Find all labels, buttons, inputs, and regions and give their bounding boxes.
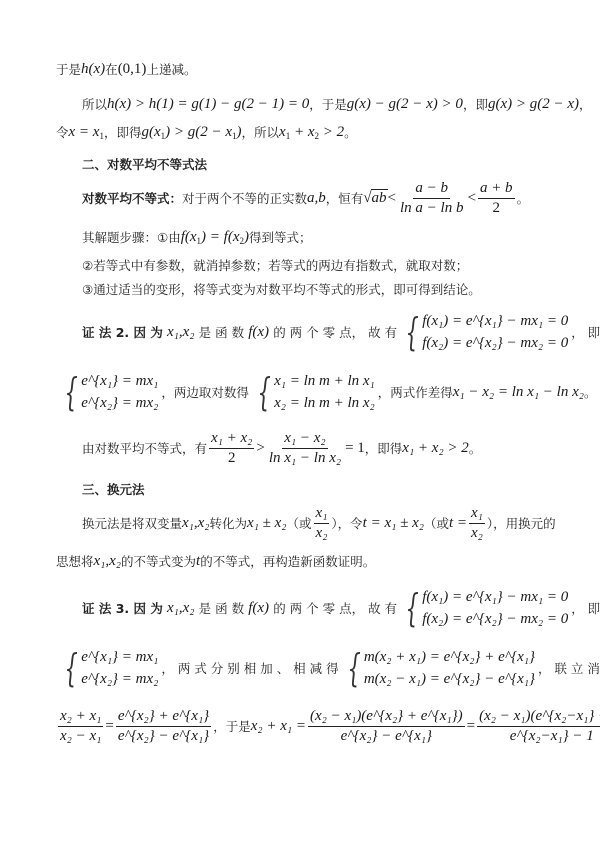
denominator: 2 bbox=[226, 449, 238, 467]
denominator: e^{x₂} − e^{x₁} bbox=[339, 727, 434, 745]
fraction: (x₂ − x₁)(e^{x₂−x₁} + 1)e^{x₂−x₁} − 1 bbox=[477, 708, 600, 745]
math: h(x) bbox=[81, 61, 105, 78]
equation-system: {x₁ = ln m + ln x₁x₂ = ln m + ln x₂ bbox=[252, 370, 375, 414]
definition-line: 对数平均不等式： 对于两个不等的正实数 a,b ，恒有 √ab < a − bl… bbox=[82, 180, 529, 216]
text: 的 两 个 零 点， 故 有 bbox=[273, 599, 397, 617]
heading-text: 二、对数平均不等式法 bbox=[82, 155, 207, 173]
proof-2-line-2: {e^{x₁} = mx₁e^{x₂} = mx₂ ，两边取对数得 {x₁ = … bbox=[56, 368, 596, 416]
math: g(x1) > g(2 − x1) bbox=[141, 124, 241, 141]
text: 对于两个不等的正实数 bbox=[182, 189, 307, 207]
system-row: x₁ = ln m + ln x₁ bbox=[274, 370, 375, 392]
system-row: f(x₁) = e^{x₁} − mx₁ = 0 bbox=[422, 310, 568, 332]
text: ，即 bbox=[463, 95, 488, 113]
step-3: ③通过适当的变形，将等式变为对数平均不等式的形式，即可得到结论。 bbox=[82, 280, 481, 298]
math: x₁,x₂ bbox=[182, 515, 210, 532]
proof-label: 证 法 3. 因 为 bbox=[82, 599, 163, 617]
math: t = x₁ ± x₂ bbox=[363, 515, 424, 532]
system-row: f(x₂) = e^{x₂} − mx₂ = 0 bbox=[422, 608, 568, 630]
operator: < bbox=[467, 190, 475, 207]
numerator: (x₂ − x₁)(e^{x₂} + e^{x₁}) bbox=[308, 708, 465, 727]
text-line-1: 于是 h(x) 在 (0,1) 上递减。 bbox=[56, 60, 196, 78]
text: 。 bbox=[517, 189, 530, 207]
text-line-2: 所以 h(x) > h(1) = g(1) − g(2 − 1) = 0 ，于是… bbox=[82, 95, 592, 113]
math: x1 + x2 > 2 bbox=[279, 124, 344, 141]
math-part: ) = f(x bbox=[201, 229, 239, 245]
left-brace: { bbox=[64, 373, 77, 411]
system-row: e^{x₁} = mx₁ bbox=[81, 646, 158, 668]
system-row: m(x₂ + x₁) = e^{x₂} + e^{x₁} bbox=[364, 646, 535, 668]
text: 转化为 bbox=[210, 514, 248, 532]
math: x₁ ± x₂ bbox=[247, 515, 286, 532]
math: g(x) > g(2 − x) bbox=[488, 96, 579, 113]
text: 于是 bbox=[56, 60, 81, 78]
left-brace: { bbox=[64, 649, 77, 687]
numerator: x₁ bbox=[314, 505, 330, 524]
denominator: e^{x₂−x₁} − 1 bbox=[508, 727, 596, 745]
text: 由对数平均不等式，有 bbox=[82, 439, 207, 457]
text: ，恒有 bbox=[326, 189, 364, 207]
substitution-line-1: 换元法是将双变量 x₁,x₂ 转化为 x₁ ± x₂ （或 x₁x₂ ），令 t… bbox=[82, 502, 556, 544]
system-row: f(x₁) = e^{x₁} − mx₁ = 0 bbox=[422, 586, 568, 608]
text: ，即得 bbox=[365, 439, 403, 457]
sqrt-argument: ab bbox=[371, 189, 388, 207]
text-line-3: 令 x = x1 ，即得 g(x1) > g(2 − x1) ，所以 x1 + … bbox=[56, 123, 357, 141]
text: 令 bbox=[56, 123, 69, 141]
denominator: x₂ bbox=[469, 524, 485, 542]
fraction: a − bln a − ln b bbox=[398, 180, 465, 217]
operator: = bbox=[105, 718, 113, 735]
equation-system: {m(x₂ + x₁) = e^{x₂} + e^{x₁}m(x₂ − x₁) … bbox=[342, 646, 535, 690]
numerator: (x₂ − x₁)(e^{x₂−x₁} + 1) bbox=[477, 708, 600, 727]
operator: < bbox=[388, 190, 396, 207]
text: 思想将 bbox=[56, 552, 94, 570]
text: ， 即 bbox=[571, 323, 600, 341]
left-brace: { bbox=[257, 373, 270, 411]
math-part: ) > g(2 − x bbox=[165, 124, 232, 140]
text: ，于是 bbox=[213, 717, 251, 735]
denominator: x₂ bbox=[314, 524, 330, 542]
denominator: ln a − ln b bbox=[398, 199, 465, 217]
left-brace: { bbox=[405, 313, 418, 351]
text: 。 bbox=[584, 383, 597, 401]
math: h(x) > h(1) = g(1) − g(2 − 1) = 0 bbox=[107, 96, 309, 113]
proof-2-line-1: 证 法 2. 因 为 x₁,x₂ 是 函 数 f(x) 的 两 个 零 点， 故… bbox=[82, 308, 600, 356]
text: 。 bbox=[344, 123, 357, 141]
math: a,b bbox=[307, 190, 326, 207]
text: ），令 bbox=[331, 514, 362, 532]
section-heading-3: 三、换元法 bbox=[82, 480, 145, 498]
proof-3-line-3: x₂ + x₁x₂ − x₁ = e^{x₂} + e^{x₁}e^{x₂} −… bbox=[56, 704, 600, 748]
denominator: ln x₁ − ln x₂ bbox=[267, 449, 343, 467]
denominator: x₂ − x₁ bbox=[58, 727, 103, 745]
text: 是 函 数 bbox=[199, 599, 244, 617]
substitution-line-2: 思想将 x₁,x₂ 的不等式变为 t 的不等式，再构造新函数证明。 bbox=[56, 552, 375, 570]
left-brace: { bbox=[347, 649, 360, 687]
text: ， bbox=[579, 95, 592, 113]
text: 在 bbox=[105, 60, 118, 78]
text: ， 两 式 分 别 相 加 、 相 减 得 bbox=[161, 659, 338, 677]
text: 得到等式； bbox=[249, 228, 312, 246]
numerator: x₁ bbox=[469, 505, 485, 524]
equation-system: {e^{x₁} = mx₁e^{x₂} = mx₂ bbox=[59, 646, 158, 690]
numerator: a + b bbox=[478, 180, 515, 199]
heading-text: 三、换元法 bbox=[82, 480, 145, 498]
fraction: a + b2 bbox=[478, 180, 515, 217]
step-1: 其解题步骤：①由 f(x1) = f(x2) 得到等式； bbox=[82, 228, 312, 246]
math: x₁,x₂ bbox=[94, 553, 122, 570]
fraction: x₁x₂ bbox=[469, 505, 485, 542]
text: 的不等式变为 bbox=[121, 552, 196, 570]
text: （或 bbox=[287, 514, 312, 532]
numerator: x₁ − x₂ bbox=[282, 430, 327, 449]
fraction: x₁x₂ bbox=[314, 505, 330, 542]
text: ③通过适当的变形，将等式变为对数平均不等式的形式，即可得到结论。 bbox=[82, 280, 481, 298]
math: f(x) bbox=[248, 324, 269, 341]
numerator: a − b bbox=[413, 180, 450, 199]
math: g(x) − g(2 − x) > 0 bbox=[347, 96, 463, 113]
operator: = 1 bbox=[345, 440, 365, 457]
text: 的 两 个 零 点， 故 有 bbox=[273, 323, 397, 341]
text: ， 联 立 消 去 bbox=[538, 659, 600, 677]
math: f(x) bbox=[248, 600, 269, 617]
denominator: 2 bbox=[491, 199, 503, 217]
system-row: e^{x₂} = mx₂ bbox=[81, 668, 158, 690]
text: ，两边取对数得 bbox=[161, 383, 249, 401]
math-part: + x bbox=[290, 124, 314, 140]
text: ， 即 bbox=[571, 599, 600, 617]
math: (0,1) bbox=[118, 61, 147, 78]
fraction: x₁ + x₂2 bbox=[209, 430, 254, 467]
math-part: g(x bbox=[141, 124, 160, 140]
text: 其解题步骤：①由 bbox=[82, 228, 181, 246]
math: x₁ − x₂ = ln x₁ − ln x₂ bbox=[453, 384, 584, 401]
fraction: (x₂ − x₁)(e^{x₂} + e^{x₁})e^{x₂} − e^{x₁… bbox=[308, 708, 465, 745]
system-row: e^{x₂} = mx₂ bbox=[81, 392, 158, 414]
system-row: x₂ = ln m + ln x₂ bbox=[274, 392, 375, 414]
proof-2-conclusion: 由对数平均不等式，有 x₁ + x₂2 > x₁ − x₂ln x₁ − ln … bbox=[82, 428, 481, 468]
math: x₂ + x₁ = bbox=[251, 718, 306, 735]
equation-system: {f(x₁) = e^{x₁} − mx₁ = 0f(x₂) = e^{x₂} … bbox=[400, 586, 568, 630]
equation-system: {e^{x₁} = mx₁e^{x₂} = mx₂ bbox=[59, 370, 158, 414]
math: x₁,x₂ bbox=[167, 600, 195, 617]
fraction: e^{x₂} + e^{x₁}e^{x₂} − e^{x₁} bbox=[116, 708, 211, 745]
math-part: > 2 bbox=[319, 124, 344, 140]
fraction: x₁ − x₂ln x₁ − ln x₂ bbox=[267, 430, 343, 467]
text: 所以 bbox=[82, 95, 107, 113]
system-row: f(x₂) = e^{x₂} − mx₂ = 0 bbox=[422, 332, 568, 354]
proof-3-line-1: 证 法 3. 因 为 x₁,x₂ 是 函 数 f(x) 的 两 个 零 点， 故… bbox=[82, 584, 600, 632]
text: ②若等式中有参数，就消掉参数；若等式的两边有指数式，就取对数； bbox=[82, 256, 468, 274]
system-row: e^{x₁} = mx₁ bbox=[81, 370, 158, 392]
proof-label: 证 法 2. 因 为 bbox=[82, 323, 163, 341]
text: ，于是 bbox=[309, 95, 347, 113]
math: f(x1) = f(x2) bbox=[181, 229, 249, 246]
operator: > bbox=[256, 440, 264, 457]
math-part: x = x bbox=[69, 124, 100, 140]
text: （或 bbox=[424, 514, 449, 532]
math: x₁ + x₂ > 2 bbox=[402, 440, 469, 457]
text: ，所以 bbox=[242, 123, 280, 141]
left-brace: { bbox=[405, 589, 418, 627]
operator: = bbox=[467, 718, 475, 735]
text: 。 bbox=[469, 439, 482, 457]
text: 的不等式，再构造新函数证明。 bbox=[200, 552, 375, 570]
text: 上递减。 bbox=[146, 60, 196, 78]
step-2: ②若等式中有参数，就消掉参数；若等式的两边有指数式，就取对数； bbox=[82, 256, 468, 274]
definition-label: 对数平均不等式： bbox=[82, 189, 182, 207]
text: ，即得 bbox=[104, 123, 142, 141]
math-part: f(x bbox=[181, 229, 197, 245]
section-heading-2: 二、对数平均不等式法 bbox=[82, 155, 207, 173]
math: x = x1 bbox=[69, 124, 104, 141]
proof-3-line-2: {e^{x₁} = mx₁e^{x₂} = mx₂ ， 两 式 分 别 相 加 … bbox=[56, 644, 600, 692]
text: 是 函 数 bbox=[199, 323, 244, 341]
text: 换元法是将双变量 bbox=[82, 514, 182, 532]
text: ），用换元的 bbox=[487, 514, 556, 532]
fraction: x₂ + x₁x₂ − x₁ bbox=[58, 708, 103, 745]
math-part: x bbox=[279, 124, 286, 140]
math: x₁,x₂ bbox=[167, 324, 195, 341]
numerator: x₁ + x₂ bbox=[209, 430, 254, 449]
numerator: x₂ + x₁ bbox=[58, 708, 103, 727]
equation-system: {f(x₁) = e^{x₁} − mx₁ = 0f(x₂) = e^{x₂} … bbox=[400, 310, 568, 354]
denominator: e^{x₂} − e^{x₁} bbox=[116, 727, 211, 745]
text: ，两式作差得 bbox=[378, 383, 453, 401]
math: t = bbox=[449, 515, 467, 532]
system-row: m(x₂ − x₁) = e^{x₂} − e^{x₁} bbox=[364, 668, 535, 690]
numerator: e^{x₂} + e^{x₁} bbox=[116, 708, 211, 727]
